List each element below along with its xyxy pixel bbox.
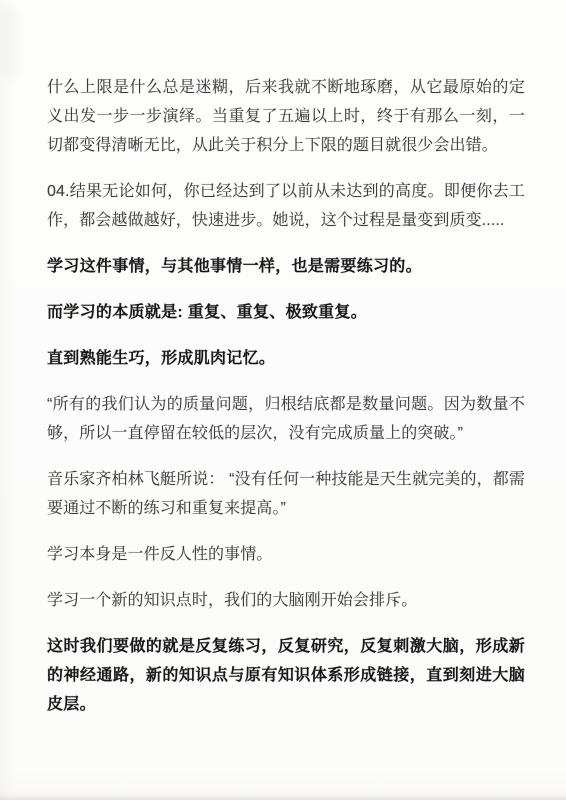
paragraph-derivation-story: 什么上限是什么总是迷糊，后来我就不断地琢磨，从它最原始的定义出发一步一步演绎。当… (47, 73, 525, 160)
article-body: 什么上限是什么总是迷糊，后来我就不断地琢磨，从它最原始的定义出发一步一步演绎。当… (47, 73, 525, 736)
paragraph-musician-quote: 音乐家齐柏林飞艇所说： “没有任何一种技能是天生就完美的，都需要通过不断的练习和… (47, 465, 525, 523)
page-left-edge-shadow (0, 0, 14, 800)
photo-corner-artifact (2, 8, 18, 78)
paragraph-essence-of-learning: 而学习的本质就是: 重复、重复、极致重复。 (47, 298, 525, 327)
page-bottom-edge-shadow (0, 794, 566, 800)
paragraph-muscle-memory: 直到熟能生巧，形成肌肉记忆。 (47, 344, 525, 373)
paragraph-repeated-stimulation: 这时我们要做的就是反复练习，反复研究，反复刺激大脑，形成新的神经通路，新的知识点… (47, 632, 525, 719)
paragraph-anti-human-nature: 学习本身是一件反人性的事情。 (47, 540, 525, 569)
paragraph-learning-needs-practice: 学习这件事情，与其他事情一样，也是需要练习的。 (47, 252, 525, 281)
paragraph-quality-quantity-quote: “所有的我们认为的质量问题，归根结底都是数量问题。因为数量不够，所以一直停留在较… (47, 390, 525, 448)
screenshot-root: { "page": { "background_color": "#fdfdfc… (0, 0, 566, 800)
document-page: 什么上限是什么总是迷糊，后来我就不断地琢磨，从它最原始的定义出发一步一步演绎。当… (0, 0, 566, 800)
paragraph-04-result: 04.结果无论如何，你已经达到了以前从未达到的高度。即便你去工作，都会越做越好，… (47, 177, 525, 235)
paragraph-brain-rejects: 学习一个新的知识点时，我们的大脑刚开始会排斥。 (47, 586, 525, 615)
